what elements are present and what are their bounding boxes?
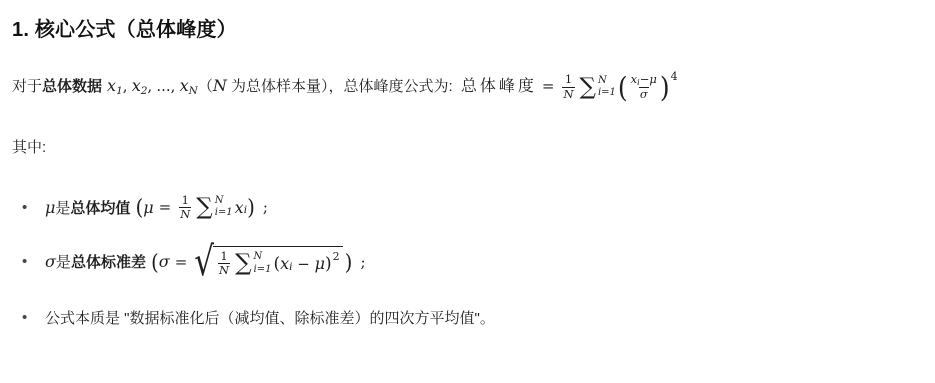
summation: ∑Ni=1 bbox=[580, 75, 616, 100]
right-paren: ) bbox=[247, 197, 255, 218]
bullet2-text: 是 bbox=[56, 251, 71, 272]
equals-sign: = bbox=[159, 198, 172, 216]
sigma-symbol: ∑ bbox=[235, 252, 251, 275]
exponent-4: 4 bbox=[671, 70, 678, 83]
intro-text-1: 对于 bbox=[12, 78, 42, 95]
among-label: 其中: bbox=[12, 136, 935, 157]
fraction-1-over-N: 1N bbox=[179, 194, 191, 221]
math-token-x1: x bbox=[107, 76, 116, 95]
math-sub-N: N bbox=[189, 85, 198, 97]
bullet3-text: 公式本质是 "数据标准化后（减均值、除标准差）的四次方平均值"。 bbox=[45, 307, 495, 328]
fraction-denominator: N bbox=[179, 207, 191, 221]
minus-sign: − bbox=[293, 255, 315, 273]
bullet-icon: • bbox=[22, 253, 32, 270]
math-var-mu: μ bbox=[315, 254, 325, 273]
fraction-standardized: xi−μσ bbox=[631, 73, 657, 100]
math-var-sigma: σ bbox=[45, 252, 56, 271]
right-paren: ) bbox=[345, 251, 353, 272]
formula-lhs-kurtosis: 总体峰度 bbox=[461, 76, 537, 95]
intro-paragraph: 对于总体数据x1, x2, ..., xN（N 为总体样本量），总体峰度公式为:… bbox=[12, 73, 935, 101]
exponent-2: 2 bbox=[333, 250, 340, 263]
left-paren: ( bbox=[151, 251, 159, 272]
right-paren: ) bbox=[325, 254, 332, 274]
right-paren: ) bbox=[660, 73, 670, 101]
fraction-1-over-N: 1N bbox=[218, 250, 230, 277]
summation-limits: Ni=1 bbox=[254, 251, 272, 276]
summation: ∑Ni=1 bbox=[196, 195, 232, 220]
semicolon: ; bbox=[360, 253, 365, 271]
radicand: 1N∑Ni=1(xi − μ)2 bbox=[213, 246, 343, 277]
bullet1-text: 是 bbox=[55, 197, 70, 218]
summation-limits: Ni=1 bbox=[215, 195, 233, 220]
summation-lower: i=1 bbox=[598, 87, 616, 100]
fraction-1-over-N: 1N bbox=[562, 73, 574, 100]
math-comma-2: , bbox=[147, 77, 152, 95]
math-ellipsis: ..., bbox=[156, 77, 175, 95]
semicolon: ; bbox=[263, 198, 268, 216]
math-var-mu: μ bbox=[143, 198, 153, 217]
list-item-stddev: •σ 是总体标准差(σ=√1N∑Ni=1(xi − μ)2); bbox=[22, 246, 935, 277]
intro-text-2: 为总体样本量），总体峰度公式为: bbox=[227, 78, 457, 95]
math-sub-i: i bbox=[637, 78, 640, 87]
minus-sign: − bbox=[640, 72, 650, 86]
summation-lower: i=1 bbox=[215, 207, 233, 220]
left-paren: ( bbox=[135, 197, 143, 218]
math-var-N: N bbox=[213, 76, 227, 95]
sigma-symbol: ∑ bbox=[196, 196, 212, 219]
math-token-x2: x bbox=[132, 76, 141, 95]
left-paren: ( bbox=[273, 254, 280, 274]
fraction-numerator: 1 bbox=[220, 250, 227, 263]
fraction-numerator: 1 bbox=[182, 194, 189, 207]
math-sub-1: 1 bbox=[116, 85, 123, 97]
bullet2-bold-stddev: 总体标准差 bbox=[71, 251, 146, 272]
fraction-denominator: N bbox=[562, 87, 574, 101]
equals-sign: = bbox=[175, 253, 188, 271]
math-var-mu: μ bbox=[45, 198, 55, 217]
fraction-denominator: N bbox=[218, 263, 230, 277]
document: 1. 核心公式（总体峰度） 对于总体数据x1, x2, ..., xN（N 为总… bbox=[0, 0, 935, 383]
math-sub-2: 2 bbox=[141, 85, 148, 97]
bullet1-bold-mean: 总体均值 bbox=[70, 197, 130, 218]
summation-upper: N bbox=[215, 195, 233, 208]
math-comma: , bbox=[123, 77, 128, 95]
summation-limits: Ni=1 bbox=[598, 75, 616, 100]
list-item-mean: •μ 是总体均值(μ=1N∑Ni=1xi); bbox=[22, 194, 935, 221]
summation-upper: N bbox=[254, 251, 272, 264]
summation-upper: N bbox=[598, 75, 616, 88]
math-var-x: x bbox=[235, 198, 244, 217]
bullet-icon: • bbox=[22, 199, 32, 216]
fraction-numerator: 1 bbox=[565, 73, 572, 86]
list-item-essence: •公式本质是 "数据标准化后（减均值、除标准差）的四次方平均值"。 bbox=[22, 307, 935, 328]
fraction-denominator: σ bbox=[639, 87, 649, 101]
bullet-list: •μ 是总体均值(μ=1N∑Ni=1xi); •σ 是总体标准差(σ=√1N∑N… bbox=[12, 194, 935, 328]
radical-sign: √ bbox=[194, 243, 214, 283]
sigma-symbol: ∑ bbox=[580, 76, 596, 99]
square-root: √1N∑Ni=1(xi − μ)2 bbox=[194, 246, 342, 277]
math-var-sigma: σ bbox=[159, 252, 170, 271]
fraction-numerator: xi−μ bbox=[631, 73, 657, 86]
intro-paren-open: （ bbox=[198, 78, 213, 95]
summation-lower: i=1 bbox=[254, 264, 272, 277]
summation: ∑Ni=1 bbox=[235, 251, 271, 276]
left-paren: ( bbox=[618, 73, 628, 101]
math-var-x: x bbox=[280, 254, 289, 273]
page-title: 1. 核心公式（总体峰度） bbox=[12, 13, 935, 42]
bullet-icon: • bbox=[22, 309, 32, 326]
equals-sign: = bbox=[542, 77, 555, 95]
intro-bold-population-data: 总体数据 bbox=[42, 78, 102, 95]
math-var-mu: μ bbox=[649, 72, 656, 86]
math-token-xN: x bbox=[180, 76, 189, 95]
